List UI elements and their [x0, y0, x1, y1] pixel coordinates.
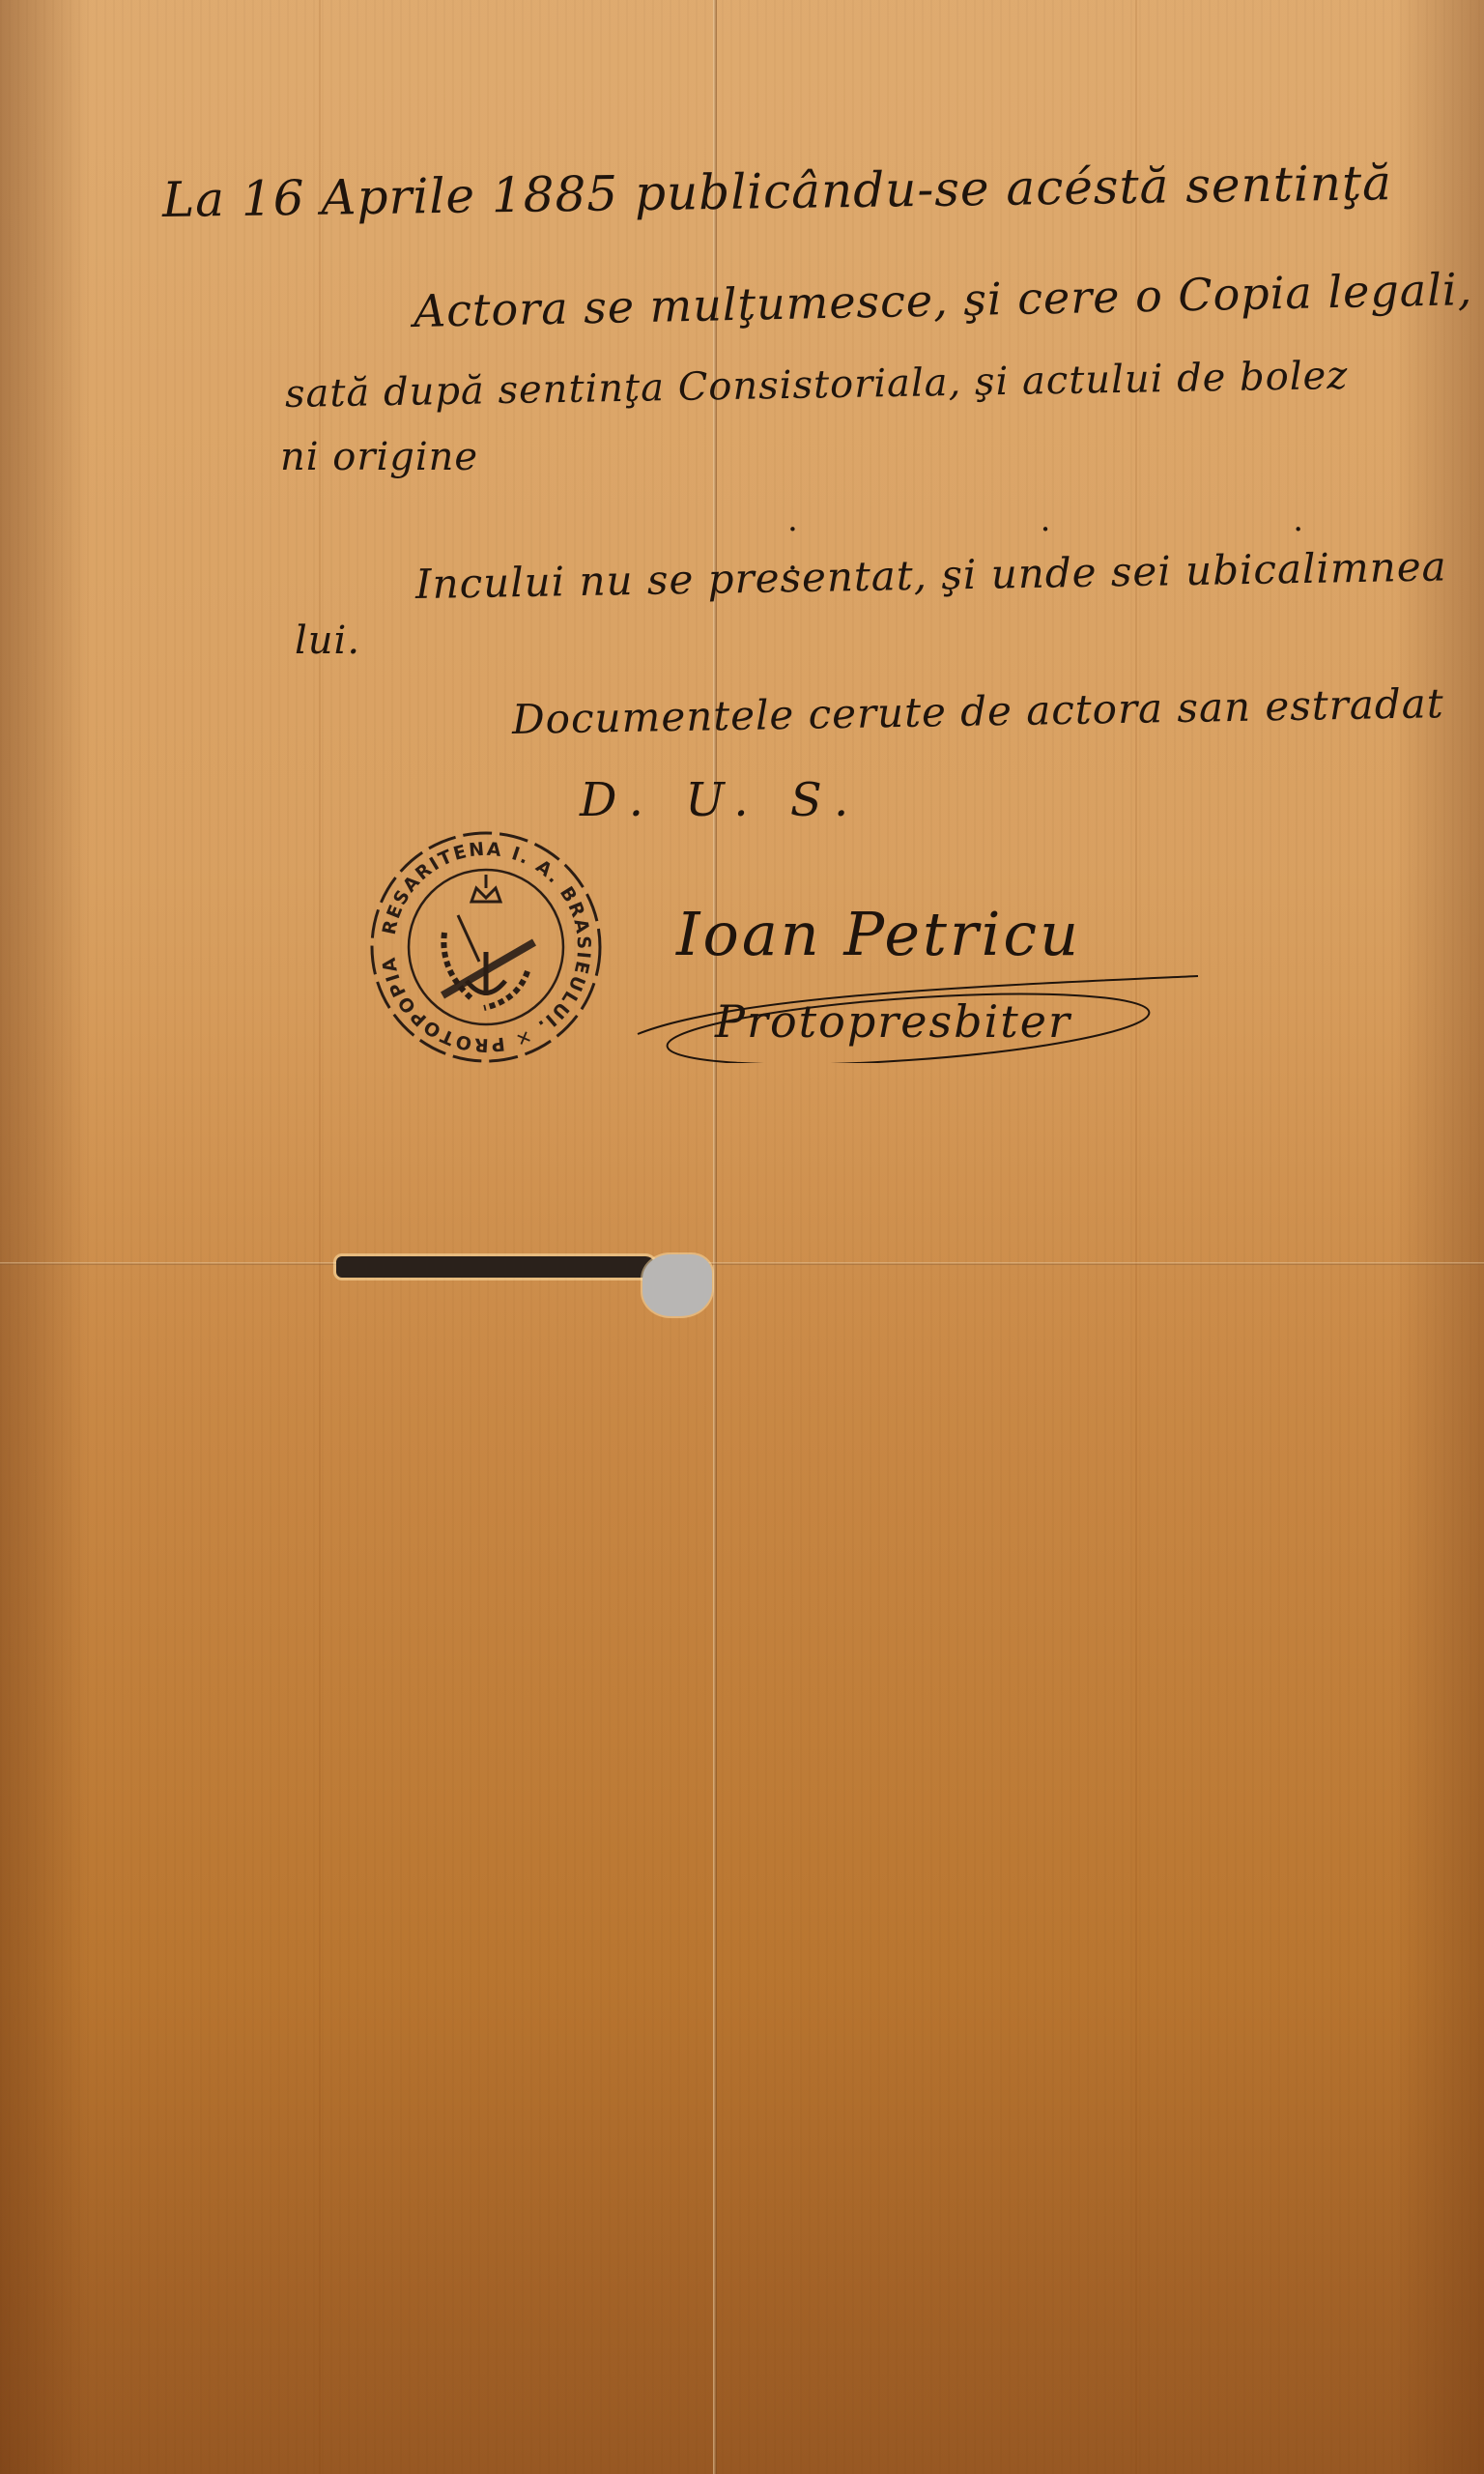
handwritten-line-3: sată după sentinţa Consistoriala, şi act… [285, 354, 1349, 417]
handwritten-line-6: lui. [295, 618, 360, 663]
handwritten-line-1: La 16 Aprile 1885 publicându-se acéstă s… [162, 155, 1393, 228]
paper-tear [336, 1256, 655, 1278]
horizontal-fold-crease [0, 1262, 1484, 1265]
handwritten-line-2: Actora se mulţumesce, şi cere o Copia le… [413, 263, 1472, 337]
signature-name: Ioan Petricu [676, 899, 1081, 969]
handwritten-line-4: ni origine [280, 435, 478, 479]
document-page: La 16 Aprile 1885 publicându-se acéstă s… [0, 0, 1484, 2474]
handwritten-line-7: Documentele cerute de actora san estrada… [512, 679, 1444, 743]
protopopiate-seal-icon: RESARITENA I. A. BRASIEULUI. ✕ PROTOPOPI… [365, 826, 607, 1068]
tape-patch [642, 1254, 712, 1316]
handwritten-line-5: Incului nu se presentat, şi unde sei ubi… [415, 542, 1447, 608]
handwritten-line-8: D. U. S. [580, 773, 862, 827]
signature-title: Protopresbiter [715, 995, 1071, 1048]
